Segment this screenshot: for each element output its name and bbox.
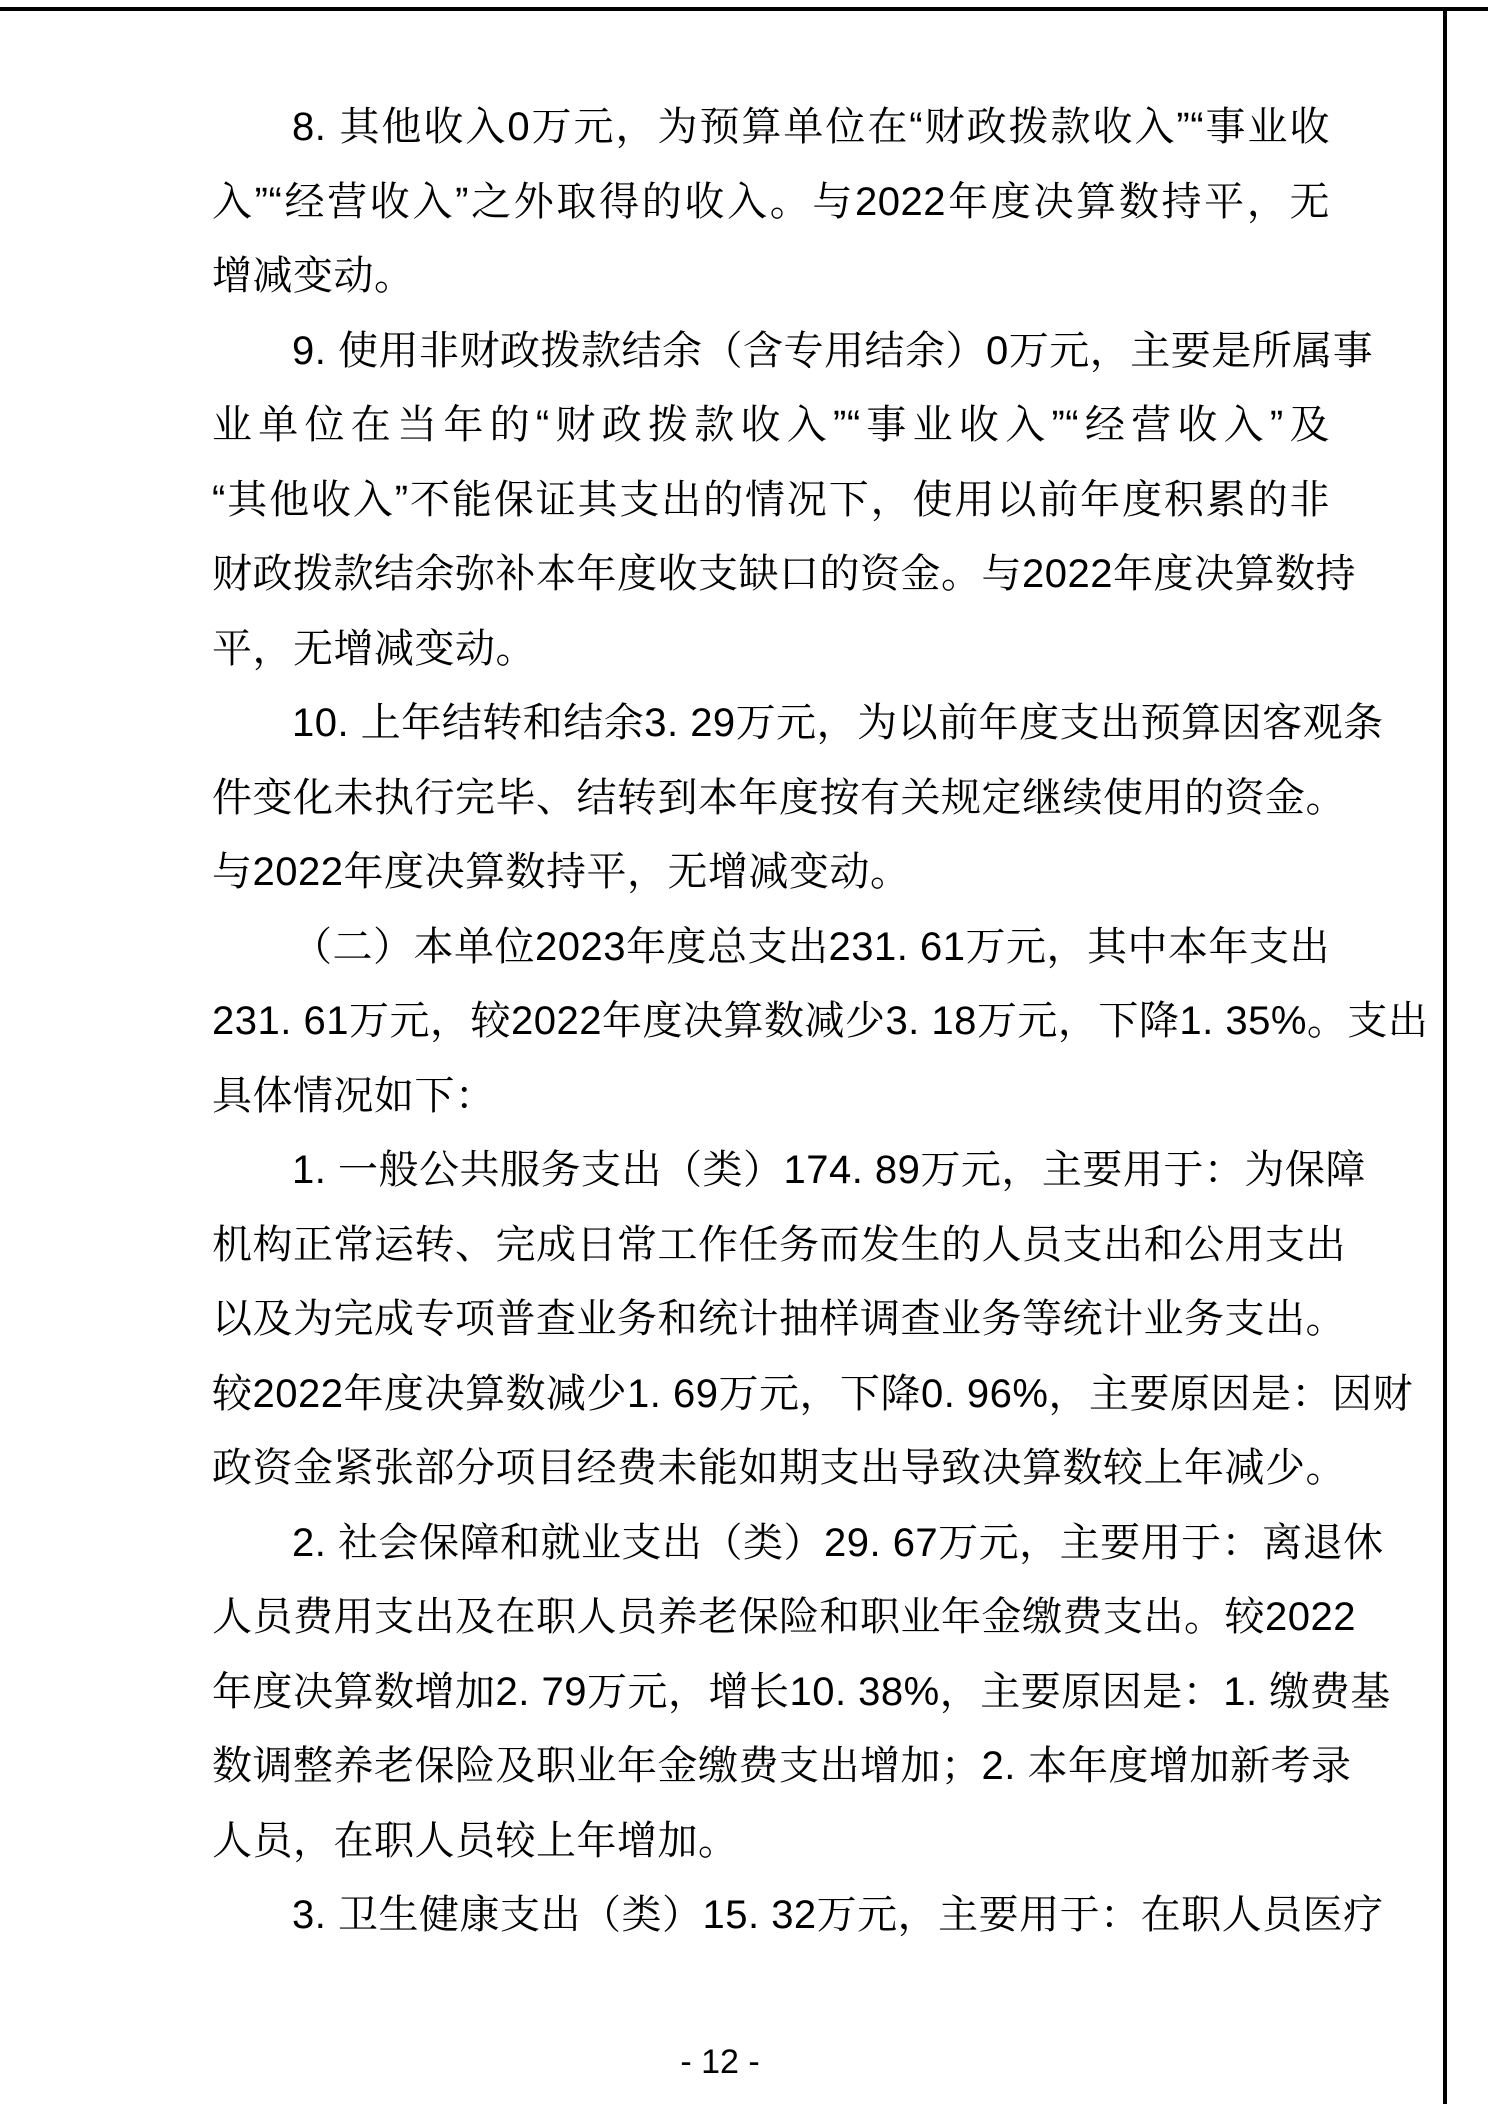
text-line: 人员费用支出及在职人员养老保险和职业年金缴费支出。较2022 xyxy=(212,1580,1330,1655)
text-line: 平，无增减变动。 xyxy=(212,612,1330,687)
document-body: 8. 其他收入0万元，为预算单位在“财政拨款收入”“事业收入”“经营收入”之外取… xyxy=(212,90,1330,1953)
paragraph-item-10-prior-year-carryover: 10. 上年结转和结余3. 29万元，为以前年度支出预算因客观条件变化未执行完毕… xyxy=(212,686,1330,910)
paragraph-expense-1-general-public-services: 1. 一般公共服务支出（类）174. 89万元，主要用于：为保障机构正常运转、完… xyxy=(212,1133,1330,1506)
text-line: 2. 社会保障和就业支出（类）29. 67万元，主要用于：离退休 xyxy=(212,1506,1330,1581)
page-border-right-line xyxy=(1443,7,1447,2104)
text-line: 业单位在当年的“财政拨款收入”“事业收入”“经营收入”及 xyxy=(212,388,1330,463)
text-line: 机构正常运转、完成日常工作任务而发生的人员支出和公用支出 xyxy=(212,1208,1330,1283)
text-line: 较2022年度决算数减少1. 69万元，下降0. 96%，主要原因是：因财 xyxy=(212,1357,1330,1432)
text-line: 年度决算数增加2. 79万元，增长10. 38%，主要原因是：1. 缴费基 xyxy=(212,1655,1330,1730)
text-line: 8. 其他收入0万元，为预算单位在“财政拨款收入”“事业收 xyxy=(212,90,1330,165)
text-line: （二）本单位2023年度总支出231. 61万元，其中本年支出 xyxy=(212,910,1330,985)
text-line: 10. 上年结转和结余3. 29万元，为以前年度支出预算因客观条 xyxy=(212,686,1330,761)
paragraph-section-2-total-expenditure: （二）本单位2023年度总支出231. 61万元，其中本年支出231. 61万元… xyxy=(212,910,1330,1134)
text-line: 入”“经营收入”之外取得的收入。与2022年度决算数持平，无 xyxy=(212,165,1330,240)
text-line: 人员，在职人员较上年增加。 xyxy=(212,1804,1330,1879)
page-border-top-line xyxy=(0,7,1488,11)
paragraph-expense-2-social-security-employment: 2. 社会保障和就业支出（类）29. 67万元，主要用于：离退休人员费用支出及在… xyxy=(212,1506,1330,1879)
paragraph-item-9-non-fiscal-carryover: 9. 使用非财政拨款结余（含专用结余）0万元，主要是所属事业单位在当年的“财政拨… xyxy=(212,314,1330,687)
text-line: 231. 61万元，较2022年度决算数减少3. 18万元，下降1. 35%。支… xyxy=(212,984,1330,1059)
text-line: 与2022年度决算数持平，无增减变动。 xyxy=(212,835,1330,910)
text-line: 数调整养老保险及职业年金缴费支出增加；2. 本年度增加新考录 xyxy=(212,1729,1330,1804)
text-line: 3. 卫生健康支出（类）15. 32万元，主要用于：在职人员医疗 xyxy=(212,1878,1330,1953)
text-line: “其他收入”不能保证其支出的情况下，使用以前年度积累的非 xyxy=(212,463,1330,538)
page-number: - 12 - xyxy=(0,2042,1440,2082)
document-page: 8. 其他收入0万元，为预算单位在“财政拨款收入”“事业收入”“经营收入”之外取… xyxy=(0,0,1488,2104)
text-line: 件变化未执行完毕、结转到本年度按有关规定继续使用的资金。 xyxy=(212,761,1330,836)
text-line: 1. 一般公共服务支出（类）174. 89万元，主要用于：为保障 xyxy=(212,1133,1330,1208)
text-line: 政资金紧张部分项目经费未能如期支出导致决算数较上年减少。 xyxy=(212,1431,1330,1506)
text-line: 财政拨款结余弥补本年度收支缺口的资金。与2022年度决算数持 xyxy=(212,537,1330,612)
text-line: 增减变动。 xyxy=(212,239,1330,314)
text-line: 以及为完成专项普查业务和统计抽样调查业务等统计业务支出。 xyxy=(212,1282,1330,1357)
paragraph-item-8-other-income: 8. 其他收入0万元，为预算单位在“财政拨款收入”“事业收入”“经营收入”之外取… xyxy=(212,90,1330,314)
paragraph-expense-3-health: 3. 卫生健康支出（类）15. 32万元，主要用于：在职人员医疗 xyxy=(212,1878,1330,1953)
text-line: 具体情况如下： xyxy=(212,1059,1330,1134)
text-line: 9. 使用非财政拨款结余（含专用结余）0万元，主要是所属事 xyxy=(212,314,1330,389)
